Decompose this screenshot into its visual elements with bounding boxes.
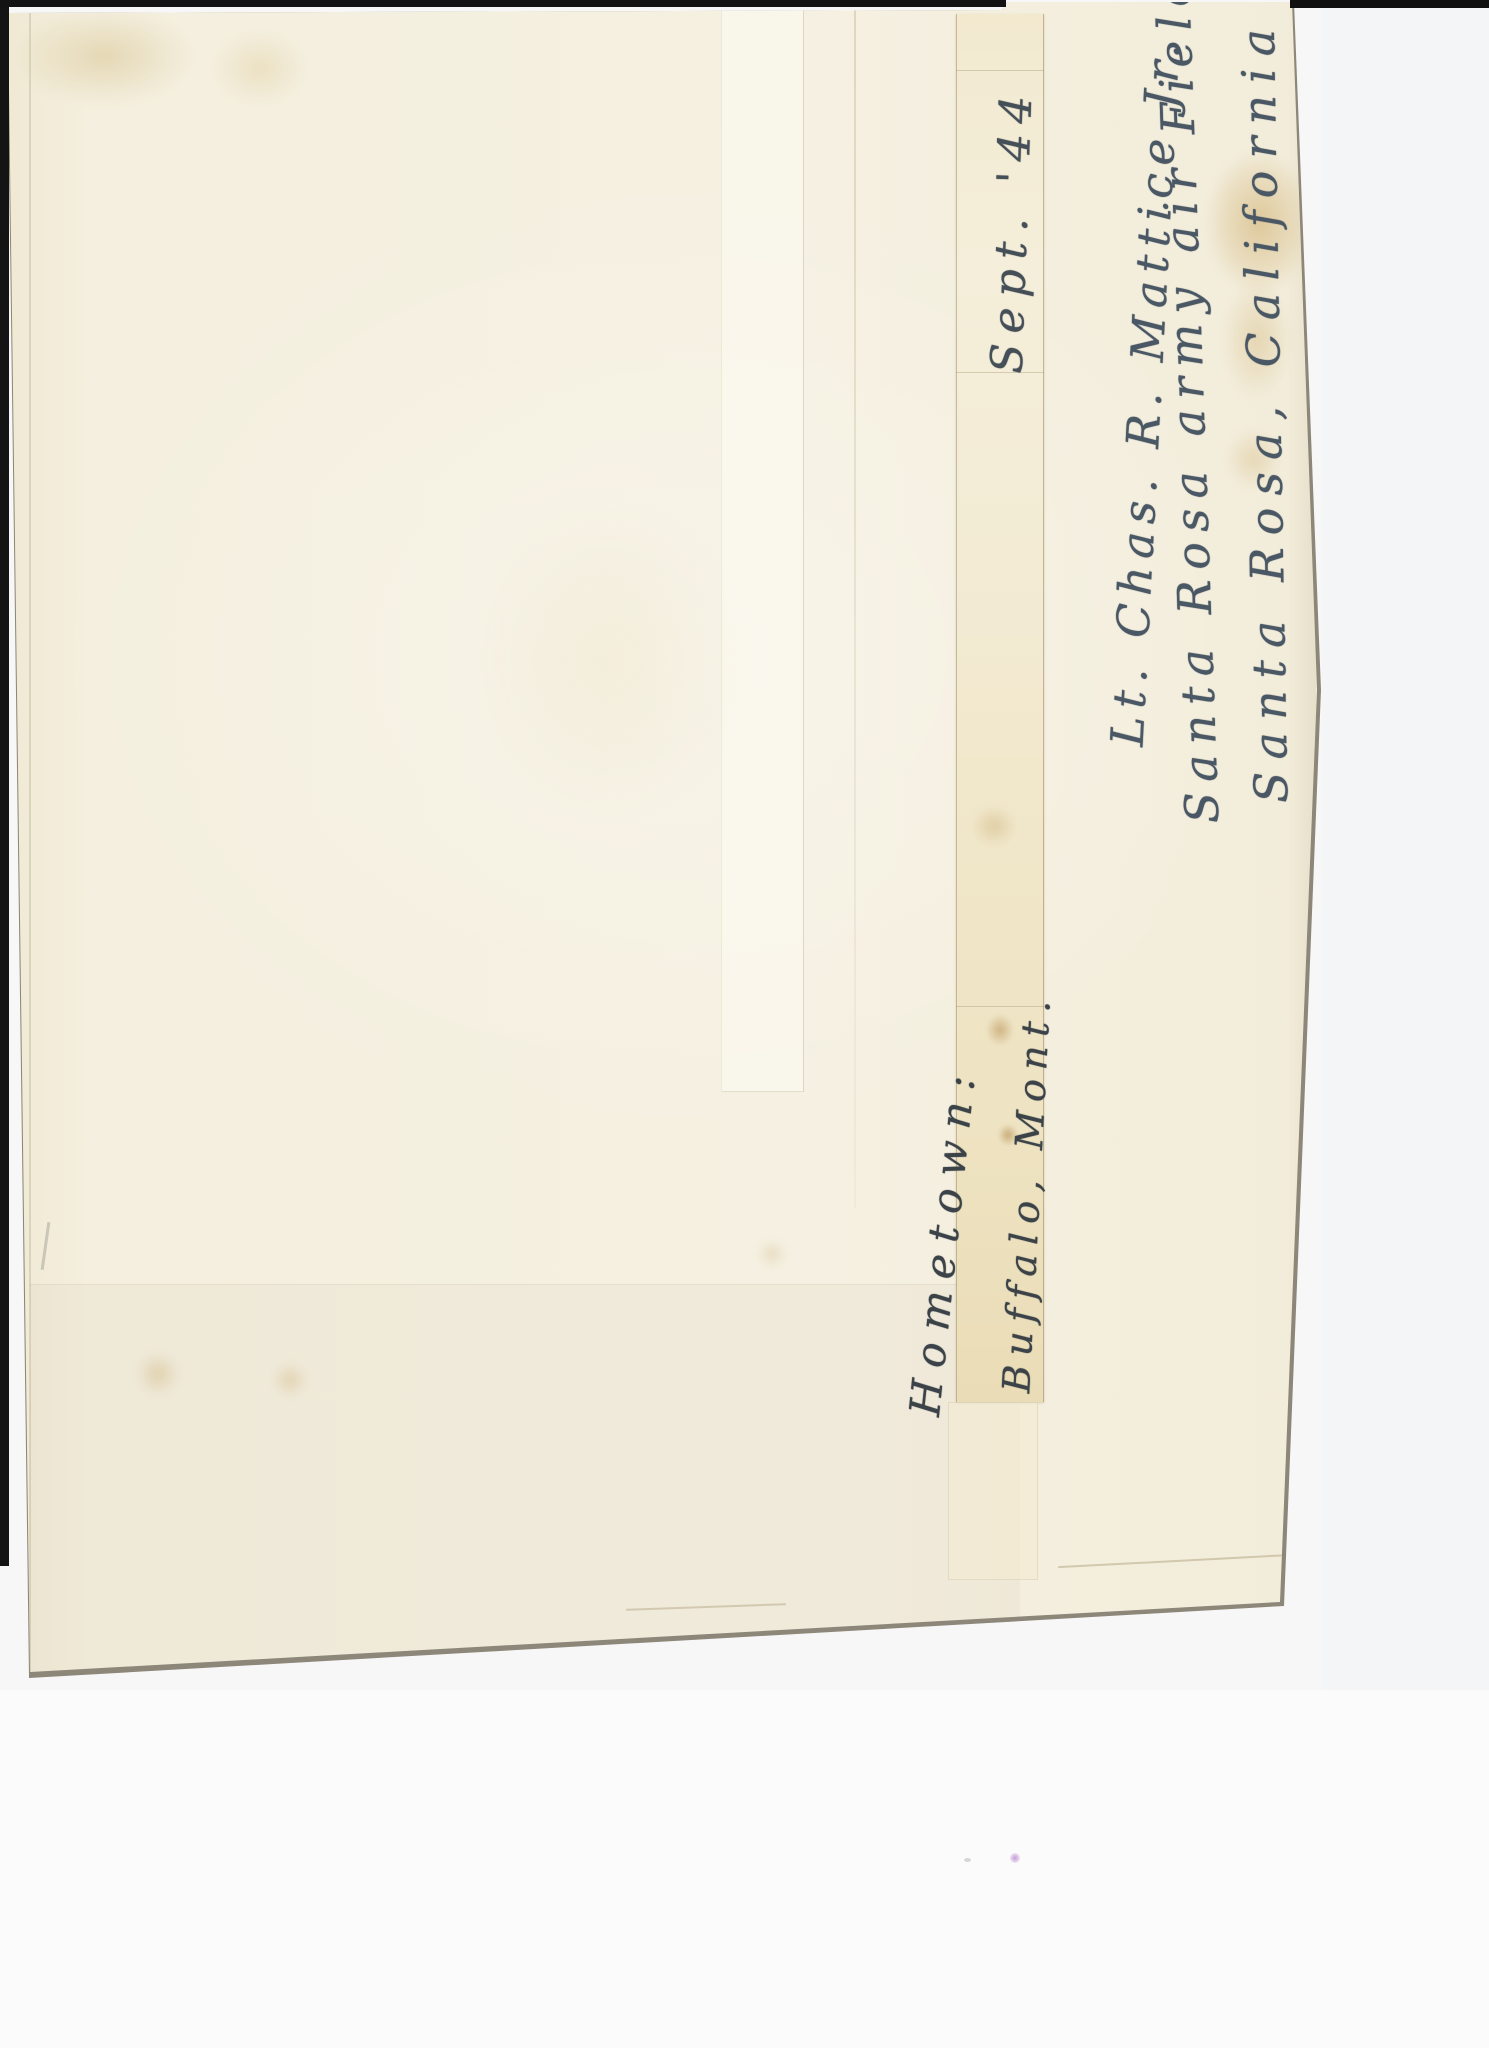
paper-lower-tone (30, 1284, 1020, 1679)
pink-speck (1010, 1853, 1020, 1863)
pencil-mark (41, 1222, 51, 1270)
scan-edge-left (0, 0, 9, 1566)
stain (272, 1362, 308, 1398)
stain (758, 1240, 786, 1268)
scan-edge-top (0, 0, 1006, 7)
scanner-background-bottom (0, 1690, 1489, 2048)
tape-residue (948, 1402, 1038, 1580)
stain (212, 30, 308, 106)
crease-line (1058, 1554, 1293, 1568)
handwritten-date-annotation: Sept. '44 (984, 85, 1042, 375)
scanned-photo-back: Lt. Chas. R. Mattice Jr. Santa Rosa army… (0, 0, 1489, 2048)
tape-band (721, 0, 804, 1092)
gray-speck (964, 1858, 971, 1862)
stain (136, 1352, 180, 1396)
stain (986, 1014, 1014, 1046)
stain (14, 6, 194, 106)
stain (972, 806, 1016, 846)
tape-join-line (956, 70, 1044, 71)
stain (470, 500, 750, 820)
crease-line (854, 0, 856, 1208)
scan-edge-top-right (1290, 0, 1489, 8)
